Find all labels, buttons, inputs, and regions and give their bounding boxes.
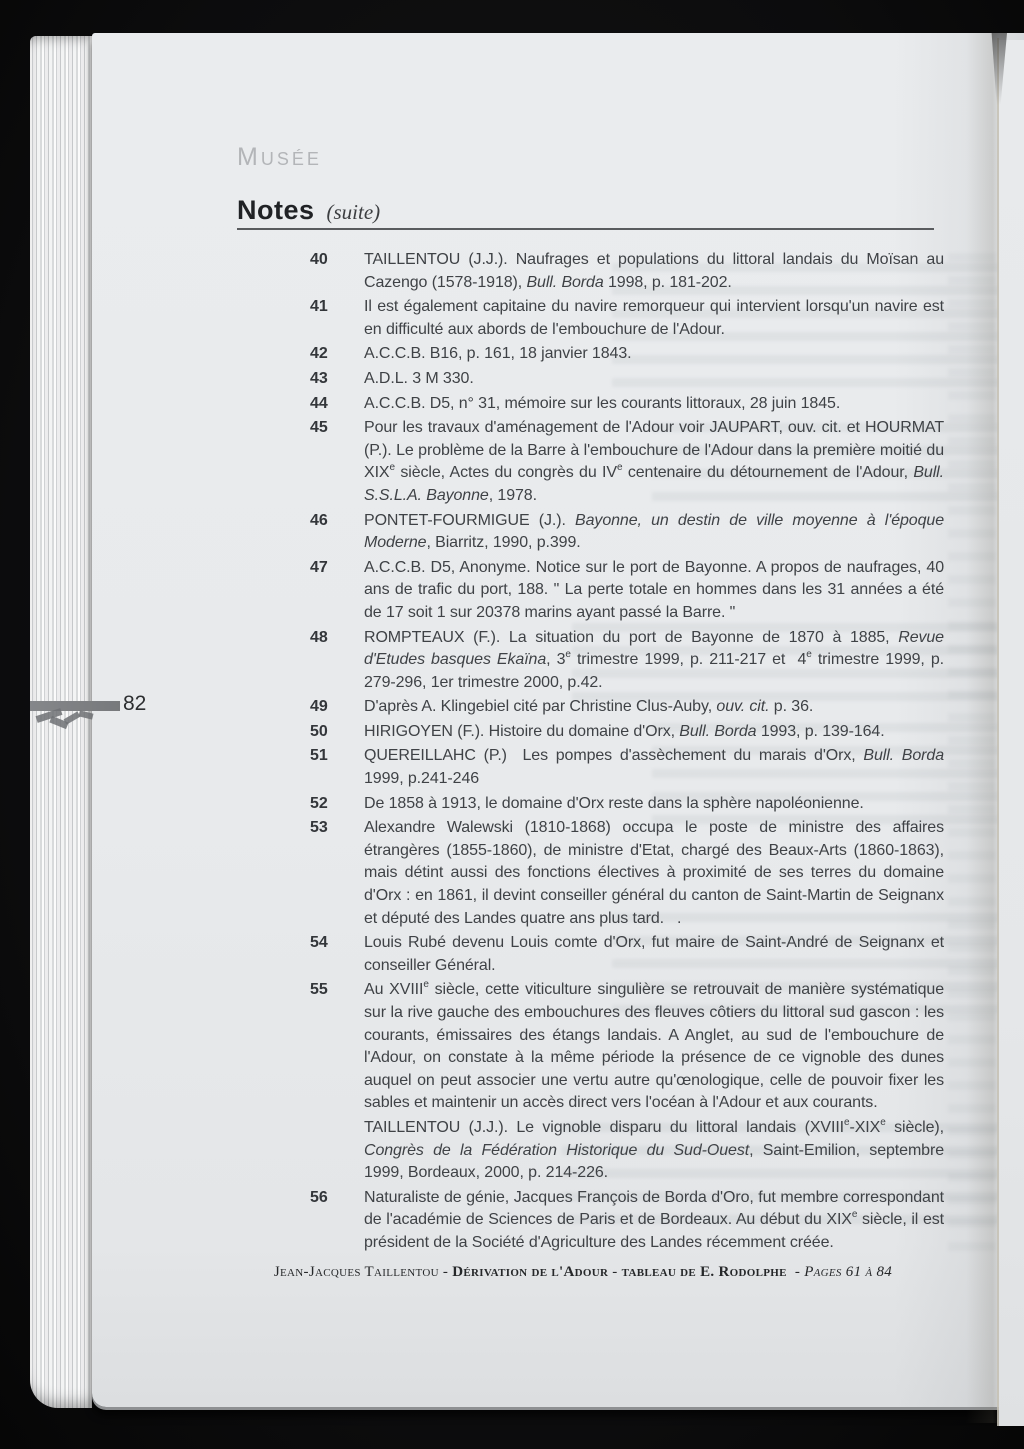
text-segment: Bull. Borda — [679, 723, 756, 740]
note-row: 47A.C.C.B. D5, Anonyme. Notice sur le po… — [310, 557, 946, 625]
note-text: D'après A. Klingebiel cité par Christine… — [364, 696, 944, 719]
text-segment: e — [852, 1209, 857, 1220]
edge-marker-bar — [30, 701, 120, 711]
text-segment: e — [806, 649, 811, 660]
page-title-text: Notes — [237, 195, 315, 225]
note-row: 40TAILLENTOU (J.J.). Naufrages et popula… — [310, 249, 946, 294]
text-segment: centenaire du détournement de l'Adour, — [622, 464, 913, 481]
note-row: 52De 1858 à 1913, le domaine d'Orx reste… — [310, 793, 946, 816]
text-segment: A.D.L. 3 M 330. — [364, 370, 474, 387]
note-text: Pour les travaux d'aménagement de l'Adou… — [364, 417, 944, 507]
text-segment: A.C.C.B. D5, Anonyme. Notice sur le port… — [364, 559, 944, 621]
text-segment: p. 36. — [769, 698, 813, 715]
note-text: Alexandre Walewski (1810-1868) occupa le… — [364, 817, 944, 930]
note-row: 49D'après A. Klingebiel cité par Christi… — [310, 696, 946, 719]
note-row: 54Louis Rubé devenu Louis comte d'Orx, f… — [310, 932, 946, 977]
text-segment: - — [608, 1264, 621, 1280]
text-segment: Il est également capitaine du navire rem… — [364, 298, 944, 338]
text-segment: Pages 61 à 84 — [804, 1264, 892, 1280]
text-segment: ouv. cit. — [716, 698, 769, 715]
text-segment: e — [565, 649, 570, 660]
note-row: 55Au XVIIIe siècle, cette viticulture si… — [310, 979, 946, 1115]
text-segment: , 3 — [546, 651, 565, 668]
text-segment: Bull. Borda — [863, 747, 944, 764]
book-page: Musée Notes(suite) 40TAILLENTOU (J.J.). … — [92, 33, 1024, 1407]
text-segment: e — [390, 462, 395, 473]
text-segment: D'après A. Klingebiel cité par Christine… — [364, 698, 716, 715]
note-row: 56Naturaliste de génie, Jacques François… — [310, 1187, 946, 1255]
text-segment: Alexandre Walewski (1810-1868) occupa le… — [364, 819, 944, 926]
text-segment: ROMPTEAUX (F.). La situation du port de … — [364, 629, 898, 646]
note-row: 41Il est également capitaine du navire r… — [310, 296, 946, 341]
text-segment: HIRIGOYEN (F.). Histoire du domaine d'Or… — [364, 723, 679, 740]
note-text: A.C.C.B. B16, p. 161, 18 janvier 1843. — [364, 343, 944, 366]
note-number: 56 — [310, 1187, 364, 1255]
text-segment: De 1858 à 1913, le domaine d'Orx reste d… — [364, 795, 864, 812]
note-row: 50HIRIGOYEN (F.). Histoire du domaine d'… — [310, 721, 946, 744]
note-row: 51QUEREILLAHC (P.) Les pompes d'assèchem… — [310, 745, 946, 790]
note-number — [310, 1117, 364, 1185]
note-text: De 1858 à 1913, le domaine d'Orx reste d… — [364, 793, 944, 816]
note-text: HIRIGOYEN (F.). Histoire du domaine d'Or… — [364, 721, 944, 744]
note-number: 46 — [310, 510, 364, 555]
note-number: 54 — [310, 932, 364, 977]
text-segment: , Biarritz, 1990, p.399. — [426, 534, 580, 551]
text-segment: - — [787, 1264, 804, 1280]
text-segment: Au XVIII — [364, 981, 423, 998]
note-row: 44A.C.C.B. D5, n° 31, mémoire sur les co… — [310, 393, 946, 416]
text-segment: Louis Rubé devenu Louis comte d'Orx, fut… — [364, 934, 944, 974]
text-segment: 1999, p.241-246 — [364, 770, 479, 787]
note-number: 41 — [310, 296, 364, 341]
note-number: 50 — [310, 721, 364, 744]
note-row: 48ROMPTEAUX (F.). La situation du port d… — [310, 627, 946, 695]
note-row: 53Alexandre Walewski (1810-1868) occupa … — [310, 817, 946, 930]
note-text: A.D.L. 3 M 330. — [364, 368, 944, 391]
text-segment: TAILLENTOU (J.J.). Le vignoble disparu d… — [364, 1119, 844, 1136]
note-row: 43A.D.L. 3 M 330. — [310, 368, 946, 391]
note-number: 48 — [310, 627, 364, 695]
note-text: Au XVIIIe siècle, cette viticulture sing… — [364, 979, 944, 1115]
text-segment: , 1978. — [489, 487, 537, 504]
text-segment: tableau de E. Rodolphe — [622, 1264, 787, 1280]
text-segment: trimestre 1999, p. 211-217 et 4 — [571, 651, 806, 668]
note-text: A.C.C.B. D5, Anonyme. Notice sur le port… — [364, 557, 944, 625]
note-text: TAILLENTOU (J.J.). Naufrages et populati… — [364, 249, 944, 294]
text-segment: 1998, p. 181-202. — [604, 274, 732, 291]
note-number: 42 — [310, 343, 364, 366]
text-segment: A.C.C.B. D5, n° 31, mémoire sur les cour… — [364, 395, 840, 412]
text-segment: siècle), — [886, 1119, 944, 1136]
scanned-book-page-photo: Musée Notes(suite) 40TAILLENTOU (J.J.). … — [0, 0, 1024, 1449]
text-segment: -XIX — [849, 1119, 880, 1136]
note-number: 47 — [310, 557, 364, 625]
note-number: 53 — [310, 817, 364, 930]
note-text: Il est également capitaine du navire rem… — [364, 296, 944, 341]
page-title-suffix: (suite) — [327, 200, 381, 224]
note-text: QUEREILLAHC (P.) Les pompes d'assèchemen… — [364, 745, 944, 790]
page-gutter-shadow — [966, 33, 1000, 1423]
heading-rule — [237, 228, 934, 230]
text-segment: Congrès de la Fédération Historique du S… — [364, 1142, 749, 1159]
note-row: 42A.C.C.B. B16, p. 161, 18 janvier 1843. — [310, 343, 946, 366]
note-row: TAILLENTOU (J.J.). Le vignoble disparu d… — [310, 1117, 946, 1185]
text-segment: e — [423, 979, 428, 990]
footer-citation: Jean-Jacques Taillentou - Dérivation de … — [183, 1264, 983, 1281]
section-label: Musée — [237, 143, 322, 172]
text-segment: e — [880, 1117, 885, 1128]
note-number: 52 — [310, 793, 364, 816]
text-segment: e — [617, 462, 622, 473]
note-number: 44 — [310, 393, 364, 416]
note-number: 40 — [310, 249, 364, 294]
text-segment: PONTET-FOURMIGUE (J.). — [364, 512, 575, 529]
text-segment: A.C.C.B. B16, p. 161, 18 janvier 1843. — [364, 345, 631, 362]
page-number: 82 — [123, 692, 146, 716]
note-row: 46PONTET-FOURMIGUE (J.). Bayonne, un des… — [310, 510, 946, 555]
text-segment: siècle, cette viticulture singulière se … — [364, 981, 944, 1111]
note-text: ROMPTEAUX (F.). La situation du port de … — [364, 627, 944, 695]
text-segment: QUEREILLAHC (P.) Les pompes d'assèchemen… — [364, 747, 863, 764]
text-segment: Bull. Borda — [526, 274, 603, 291]
note-text: Naturaliste de génie, Jacques François d… — [364, 1187, 944, 1255]
note-text: PONTET-FOURMIGUE (J.). Bayonne, un desti… — [364, 510, 944, 555]
note-number: 43 — [310, 368, 364, 391]
note-number: 55 — [310, 979, 364, 1115]
facing-page-sliver — [999, 40, 1024, 1426]
note-number: 51 — [310, 745, 364, 790]
note-text: A.C.C.B. D5, n° 31, mémoire sur les cour… — [364, 393, 944, 416]
page-title: Notes(suite) — [237, 195, 380, 226]
text-segment: Dérivation de l'Adour — [452, 1264, 608, 1280]
note-row: 45Pour les travaux d'aménagement de l'Ad… — [310, 417, 946, 507]
note-number: 49 — [310, 696, 364, 719]
text-segment: 1993, p. 139-164. — [756, 723, 884, 740]
text-segment: e — [844, 1117, 849, 1128]
note-number: 45 — [310, 417, 364, 507]
notes-list: 40TAILLENTOU (J.J.). Naufrages et popula… — [310, 249, 946, 1257]
note-text: Louis Rubé devenu Louis comte d'Orx, fut… — [364, 932, 944, 977]
text-segment: Jean-Jacques Taillentou — [274, 1264, 439, 1280]
note-text: TAILLENTOU (J.J.). Le vignoble disparu d… — [364, 1117, 944, 1185]
text-segment: siècle, Actes du congrès du IV — [395, 464, 617, 481]
text-segment: - — [439, 1264, 452, 1280]
